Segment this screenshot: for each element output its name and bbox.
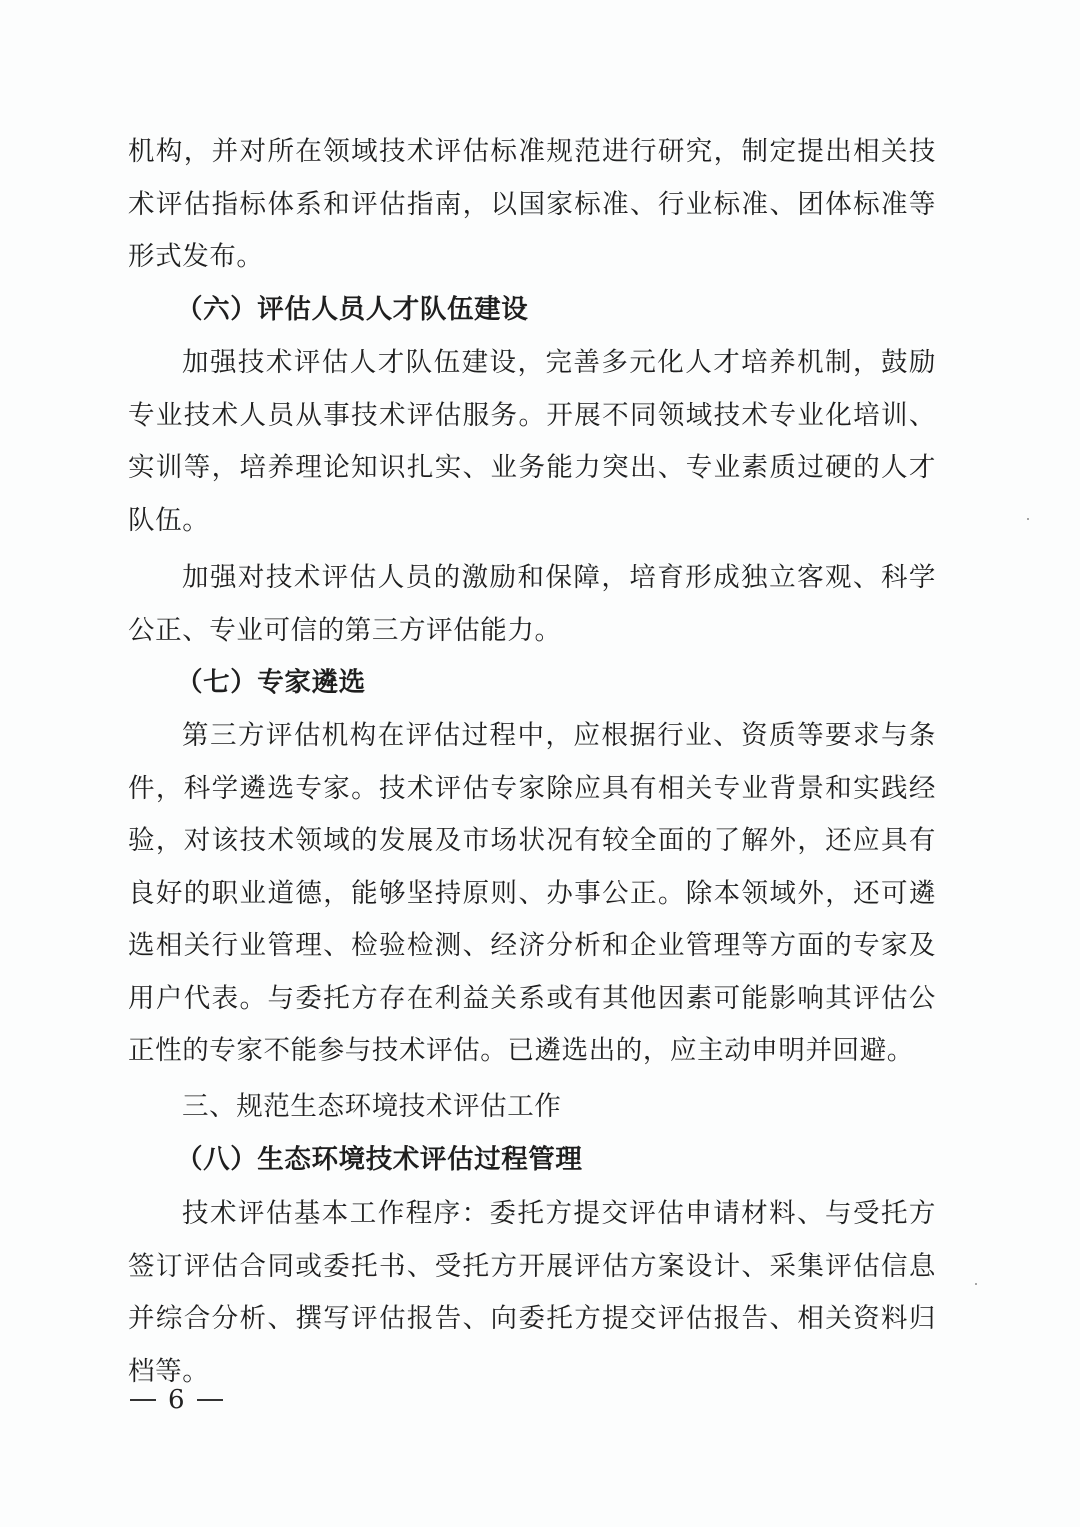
paragraph-continued: 机构，并对所在领域技术评估标准规范进行研究，制定提出相关技术评估指标体系和评估指… [128, 126, 936, 284]
paragraph-talent-building: 加强技术评估人才队伍建设，完善多元化人才培养机制，鼓励专业技术人员从事技术评估服… [128, 337, 936, 547]
scan-speck [1027, 518, 1029, 520]
paragraph-procedure: 技术评估基本工作程序：委托方提交评估申请材料、与受托方签订评估合同或委托书、受托… [128, 1188, 936, 1398]
scan-speck [975, 1283, 977, 1285]
document-page: 机构，并对所在领域技术评估标准规范进行研究，制定提出相关技术评估指标体系和评估指… [0, 0, 1080, 1527]
paragraph-incentives: 加强对技术评估人员的激励和保障，培育形成独立客观、科学公正、专业可信的第三方评估… [128, 552, 936, 657]
page-number: 6 [130, 1384, 223, 1416]
dash-left [130, 1399, 156, 1401]
subheading-6: （六）评估人员人才队伍建设 [176, 284, 528, 337]
section-heading-3: 三、规范生态环境技术评估工作 [182, 1081, 561, 1134]
paragraph-expert-selection: 第三方评估机构在评估过程中，应根据行业、资质等要求与条件，科学遴选专家。技术评估… [128, 710, 936, 1078]
dash-right [197, 1399, 223, 1401]
subheading-8: （八）生态环境技术评估过程管理 [176, 1134, 583, 1187]
subheading-7: （七）专家遴选 [176, 657, 366, 710]
page-number-value: 6 [168, 1384, 185, 1416]
